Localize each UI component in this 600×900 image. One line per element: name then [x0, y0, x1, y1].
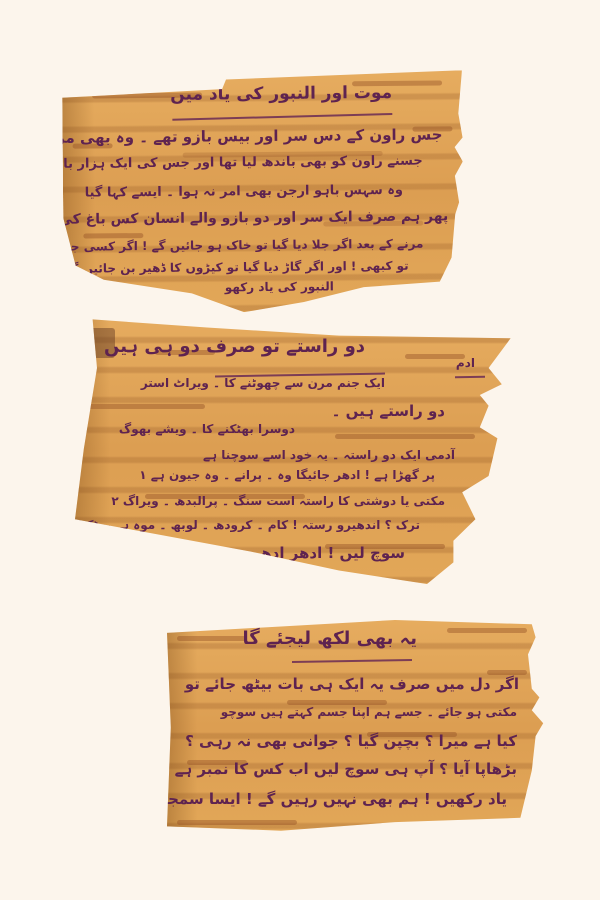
page: موت اور النبور کی یاد میں جس راون کے دس … — [0, 0, 600, 900]
fragment-3-line: مکتی ہو جائے ۔ جسے ہم اپنا جسم کہتے ہیں … — [221, 705, 517, 719]
bark-fragment-3: یہ بھی لکھ لیجئے گا اگر دل میں صرف یہ ای… — [167, 620, 547, 835]
fragment-2-line: سوچ لیں ! ادھر ادھر ہے یہ راستہ دیکھ لیں — [90, 544, 405, 562]
fragment-1-line: تو کبھی ! اور اگر گاڑ دیا گیا تو کیڑوں ک… — [19, 259, 409, 276]
fragment-2-title: دو راستے تو صرف دو ہی ہیں — [104, 336, 365, 357]
fragment-2-line: ایک جنم مرن سے چھوٹنے کا ۔ ویراٹ استر — [141, 376, 385, 390]
fragment-3-line: اگر دل میں صرف یہ ایک ہی بات بیٹھ جائے ت… — [185, 675, 519, 693]
fragment-1-line: جسنے راون کو بھی باندھ لیا تھا اور جس کی… — [22, 154, 423, 172]
fragment-1-line: جس راون کے دس سر اور بیس بازو تھے ۔ وہ ب… — [30, 125, 442, 147]
bark-fragment-1: موت اور النبور کی یاد میں جس راون کے دس … — [62, 70, 464, 313]
title-underline — [172, 113, 392, 121]
fragment-3-line: بڑھاپا آیا ؟ آپ ہی سوچ لیں اب کس کا نمبر… — [161, 760, 517, 778]
fragment-1-line: مرنے کے بعد اگر جلا دیا گیا تو خاک ہو جا… — [0, 237, 424, 255]
fragment-1-line: النبور کی یاد رکھو — [225, 279, 334, 294]
fragment-2-line: ترک ؟ اندھیرو رستہ ! کام ۔ کرودھ ۔ لوبھ … — [77, 518, 420, 532]
fragment-2-line: مکتی یا دوشتی کا راستہ است سنگ ۔ پرالبدھ… — [111, 494, 445, 508]
fragment-3-line: یاد رکھیں ! ہم بھی نہیں رہیں گے ! ایسا س… — [149, 790, 507, 808]
title-underline — [292, 659, 412, 663]
fragment-3-title: یہ بھی لکھ لیجئے گا — [243, 628, 418, 649]
fragment-3-line: کیا ہے میرا ؟ بچپن گیا ؟ جوانی بھی نہ رہ… — [185, 732, 517, 750]
fragment-2-line: پر گھڑا ہے ! ادھر جائیگا وہ ۔ پرانے ۔ وہ… — [139, 468, 435, 482]
fragment-1-title: موت اور النبور کی یاد میں — [170, 83, 392, 105]
fragment-2-line: دو راستے ہیں ۔ — [332, 402, 445, 420]
bark-fragment-2: دو راستے تو صرف دو ہی ہیں ادم ایک جنم مر… — [75, 314, 515, 584]
fragment-2-line: آدمی ایک دو راستہ ۔ یہ خود اسے سوچنا ہے — [203, 448, 455, 462]
margin-note-underline — [455, 376, 485, 379]
margin-note: ادم — [456, 356, 475, 370]
fragment-2-line: دوسرا بھٹکنے کا ۔ ویشے بھوگ — [119, 422, 295, 436]
fragment-1-line: وہ سہس باہو ارجن بھی امر نہ ہوا ۔ ایسے ک… — [85, 183, 403, 201]
